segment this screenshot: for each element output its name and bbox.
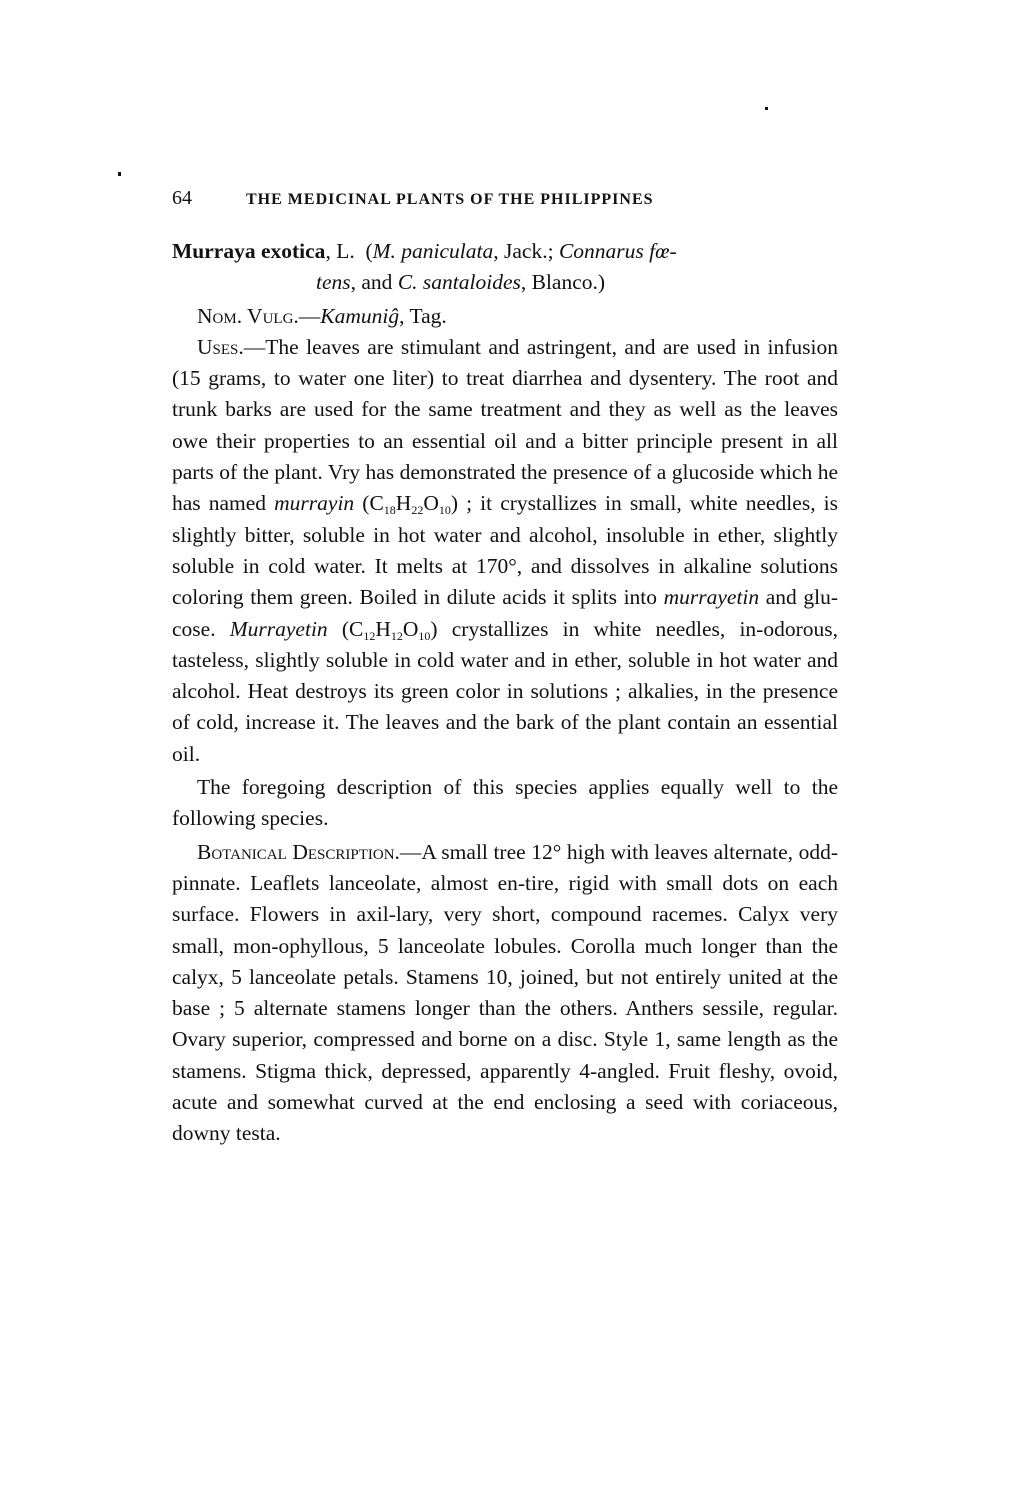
formula: (C <box>328 617 364 641</box>
formula: O <box>403 617 419 641</box>
foregoing-paragraph: The foregoing description of this specie… <box>172 772 838 835</box>
section-label: Botanical Description. <box>197 840 400 864</box>
dash: — <box>299 304 321 328</box>
compound-name: murrayetin <box>664 585 760 609</box>
subscript: 18 <box>384 503 396 517</box>
synonym: C. santaloides <box>398 270 521 294</box>
text: —A small tree 12° high with leaves alter… <box>172 840 838 1146</box>
species-authority: , L. <box>325 239 354 263</box>
scan-speck <box>118 172 121 176</box>
subscript: 12 <box>363 629 375 643</box>
running-title: THE MEDICINAL PLANTS OF THE PHILIPPINES <box>246 191 654 208</box>
text: —The leaves are stimulant and astringent… <box>172 335 838 515</box>
paren: ( <box>365 239 372 263</box>
language: , Tag. <box>399 304 447 328</box>
synonym: Connarus fœ- <box>559 239 677 263</box>
formula: (C <box>354 491 384 515</box>
nom-vulg-paragraph: Nom. Vulg.—Kamuniĝ, Tag. <box>172 301 838 332</box>
running-head: 64THE MEDICINAL PLANTS OF THE PHILIPPINE… <box>172 186 772 212</box>
synonym: M. paniculata <box>373 239 494 263</box>
synonym: tens <box>316 270 351 294</box>
subscript: 12 <box>391 629 403 643</box>
compound-name: murrayin <box>274 491 354 515</box>
vernacular-name: Kamuniĝ <box>320 304 399 328</box>
uses-paragraph: Uses.—The leaves are stimulant and astri… <box>172 332 838 770</box>
text: , and <box>351 270 398 294</box>
section-label: Uses. <box>197 335 244 359</box>
page-number: 64 <box>172 186 246 210</box>
formula: H <box>375 617 391 641</box>
subscript: 10 <box>418 629 430 643</box>
species-name: Murraya exotica <box>172 239 325 263</box>
page-body: Murraya exotica, L. (M. paniculata, Jack… <box>172 236 838 1150</box>
formula: O <box>423 491 439 515</box>
synonym-author: , Jack.; <box>493 239 559 263</box>
compound-name: Murrayetin <box>230 617 328 641</box>
formula: H <box>396 491 412 515</box>
scan-speck <box>765 107 768 110</box>
synonym-author: , Blanco.) <box>521 270 605 294</box>
subscript: 10 <box>439 503 451 517</box>
botanical-description-paragraph: Botanical Description.—A small tree 12° … <box>172 837 838 1150</box>
section-label: Nom. Vulg. <box>197 304 299 328</box>
species-heading: Murraya exotica, L. (M. paniculata, Jack… <box>172 236 838 299</box>
subscript: 22 <box>411 503 423 517</box>
